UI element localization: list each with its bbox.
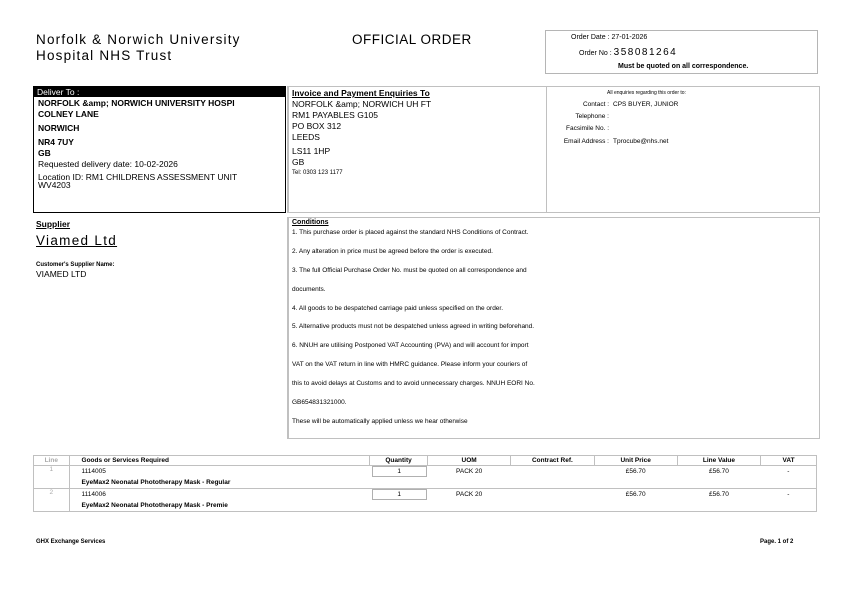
quantity-cell: 1 xyxy=(370,466,428,489)
order-note: Must be quoted on all correspondence. xyxy=(618,63,748,70)
col-line: Line xyxy=(34,456,70,466)
conditions-heading: Conditions xyxy=(292,219,816,227)
product-code: 1114005 xyxy=(82,468,106,475)
contact-box: All enquiries regarding this order to: C… xyxy=(546,86,820,213)
conditions-box: Conditions 1. This purchase order is pla… xyxy=(287,217,820,439)
condition-line: 5. Alternative products must not be desp… xyxy=(292,321,816,340)
order-date: Order Date : 27-01-2026 xyxy=(571,34,647,41)
order-date-value: 27-01-2026 xyxy=(611,34,647,41)
table-row: 1 1114005 EyeMax2 Neonatal Phototherapy … xyxy=(34,466,817,489)
page-number: Page. 1 of 2 xyxy=(760,539,793,545)
contract-ref xyxy=(511,466,594,489)
condition-line: These will be automatically applied unle… xyxy=(292,416,816,435)
deliver-address-line: COLNEY LANE xyxy=(38,109,281,120)
line-value: £56.70 xyxy=(677,466,760,489)
customer-supplier-name: VIAMED LTD xyxy=(36,269,86,279)
invoice-address-line: LS11 1HP xyxy=(292,146,543,157)
invoice-address-line: RM1 PAYABLES G105 xyxy=(292,110,543,121)
line-value: £56.70 xyxy=(677,489,760,512)
invoice-enquiries-box: Invoice and Payment Enquiries To NORFOLK… xyxy=(287,86,546,213)
invoice-heading: Invoice and Payment Enquiries To xyxy=(292,88,543,99)
invoice-address-line: GB xyxy=(292,157,543,168)
quantity-cell: 1 xyxy=(370,489,428,512)
condition-line: this to avoid delays at Customs and to a… xyxy=(292,378,816,397)
condition-line: 3. The full Official Purchase Order No. … xyxy=(292,265,816,284)
invoice-address-line: NORFOLK &amp; NORWICH UH FT xyxy=(292,99,543,110)
trust-name: Norfolk & Norwich University Hospital NH… xyxy=(36,32,241,64)
col-vat: VAT xyxy=(761,456,817,466)
line-number: 1 xyxy=(34,466,70,489)
vat: - xyxy=(761,466,817,489)
location-id: Location ID: RM1 CHILDRENS ASSESSMENT UN… xyxy=(38,173,281,181)
customer-supplier-label: Customer's Supplier Name: xyxy=(36,262,114,268)
supplier-name: Viamed Ltd xyxy=(36,233,117,248)
invoice-address-line: LEEDS xyxy=(292,132,543,143)
deliver-address-line: NORFOLK &amp; NORWICH UNIVERSITY HOSPI xyxy=(38,98,281,109)
contact-value: CPS BUYER, JUNIOR xyxy=(613,101,678,108)
location-code: WV4203 xyxy=(38,181,281,189)
table-row: 2 1114006 EyeMax2 Neonatal Phototherapy … xyxy=(34,489,817,512)
goods-cell: 1114005 EyeMax2 Neonatal Phototherapy Ma… xyxy=(69,466,370,489)
product-description: EyeMax2 Neonatal Phototherapy Mask - Pre… xyxy=(82,500,370,511)
order-info-box: Order Date : 27-01-2026 Order No : 35808… xyxy=(545,30,818,74)
condition-line: 6. NNUH are utilising Postponed VAT Acco… xyxy=(292,340,816,359)
order-number-label: Order No : xyxy=(579,50,612,57)
unit-price: £56.70 xyxy=(594,489,677,512)
condition-line: documents. xyxy=(292,284,816,303)
supplier-heading: Supplier xyxy=(36,219,70,229)
quantity-value: 1 xyxy=(372,466,427,477)
condition-line: 4. All goods to be despatched carriage p… xyxy=(292,303,816,322)
uom: PACK 20 xyxy=(428,466,511,489)
col-quantity: Quantity xyxy=(370,456,428,466)
condition-line: 1. This purchase order is placed against… xyxy=(292,227,816,246)
col-uom: UOM xyxy=(428,456,511,466)
deliver-to-heading: Deliver To : xyxy=(34,87,285,97)
unit-price: £56.70 xyxy=(594,466,677,489)
condition-line: VAT on the VAT return in line with HMRC … xyxy=(292,359,816,378)
product-code: 1114006 xyxy=(82,491,106,498)
quantity-value: 1 xyxy=(372,489,427,500)
order-number-value: 358081264 xyxy=(614,47,678,58)
email-value[interactable]: Tprocube@nhs.net xyxy=(613,138,668,145)
email-label: Email Address : xyxy=(564,138,609,145)
vat: - xyxy=(761,489,817,512)
col-unit-price: Unit Price xyxy=(594,456,677,466)
condition-line: 2. Any alteration in price must be agree… xyxy=(292,246,816,265)
col-contract-ref: Contract Ref. xyxy=(511,456,594,466)
trust-name-line2: Hospital NHS Trust xyxy=(36,48,241,64)
contact-note: All enquiries regarding this order to: xyxy=(607,90,686,96)
facsimile-label: Facsimile No. : xyxy=(566,125,609,132)
contract-ref xyxy=(511,489,594,512)
condition-line: GB654831321000. xyxy=(292,397,816,416)
footer-provider: GHX Exchange Services xyxy=(36,539,105,545)
deliver-address-line: NR4 7UY xyxy=(38,137,281,148)
col-goods: Goods or Services Required xyxy=(69,456,370,466)
invoice-address-line: PO BOX 312 xyxy=(292,121,543,132)
order-date-label: Order Date : xyxy=(571,34,610,41)
product-description: EyeMax2 Neonatal Phototherapy Mask - Reg… xyxy=(82,477,370,488)
telephone-label: Telephone : xyxy=(575,113,609,120)
uom: PACK 20 xyxy=(428,489,511,512)
document-title: OFFICIAL ORDER xyxy=(352,32,472,47)
requested-delivery-date: Requested delivery date: 10-02-2026 xyxy=(38,159,281,170)
order-number: Order No : 358081264 xyxy=(579,47,677,58)
deliver-to-box: Deliver To : NORFOLK &amp; NORWICH UNIVE… xyxy=(33,86,286,213)
col-line-value: Line Value xyxy=(677,456,760,466)
table-header-row: Line Goods or Services Required Quantity… xyxy=(34,456,817,466)
trust-name-line1: Norfolk & Norwich University xyxy=(36,32,241,48)
contact-label: Contact : xyxy=(583,101,609,108)
goods-cell: 1114006 EyeMax2 Neonatal Phototherapy Ma… xyxy=(69,489,370,512)
invoice-telephone: Tel: 0303 123 1177 xyxy=(292,168,543,179)
deliver-address-line: GB xyxy=(38,148,281,159)
line-number: 2 xyxy=(34,489,70,512)
order-items-table: Line Goods or Services Required Quantity… xyxy=(33,455,817,512)
deliver-address-line: NORWICH xyxy=(38,123,281,134)
